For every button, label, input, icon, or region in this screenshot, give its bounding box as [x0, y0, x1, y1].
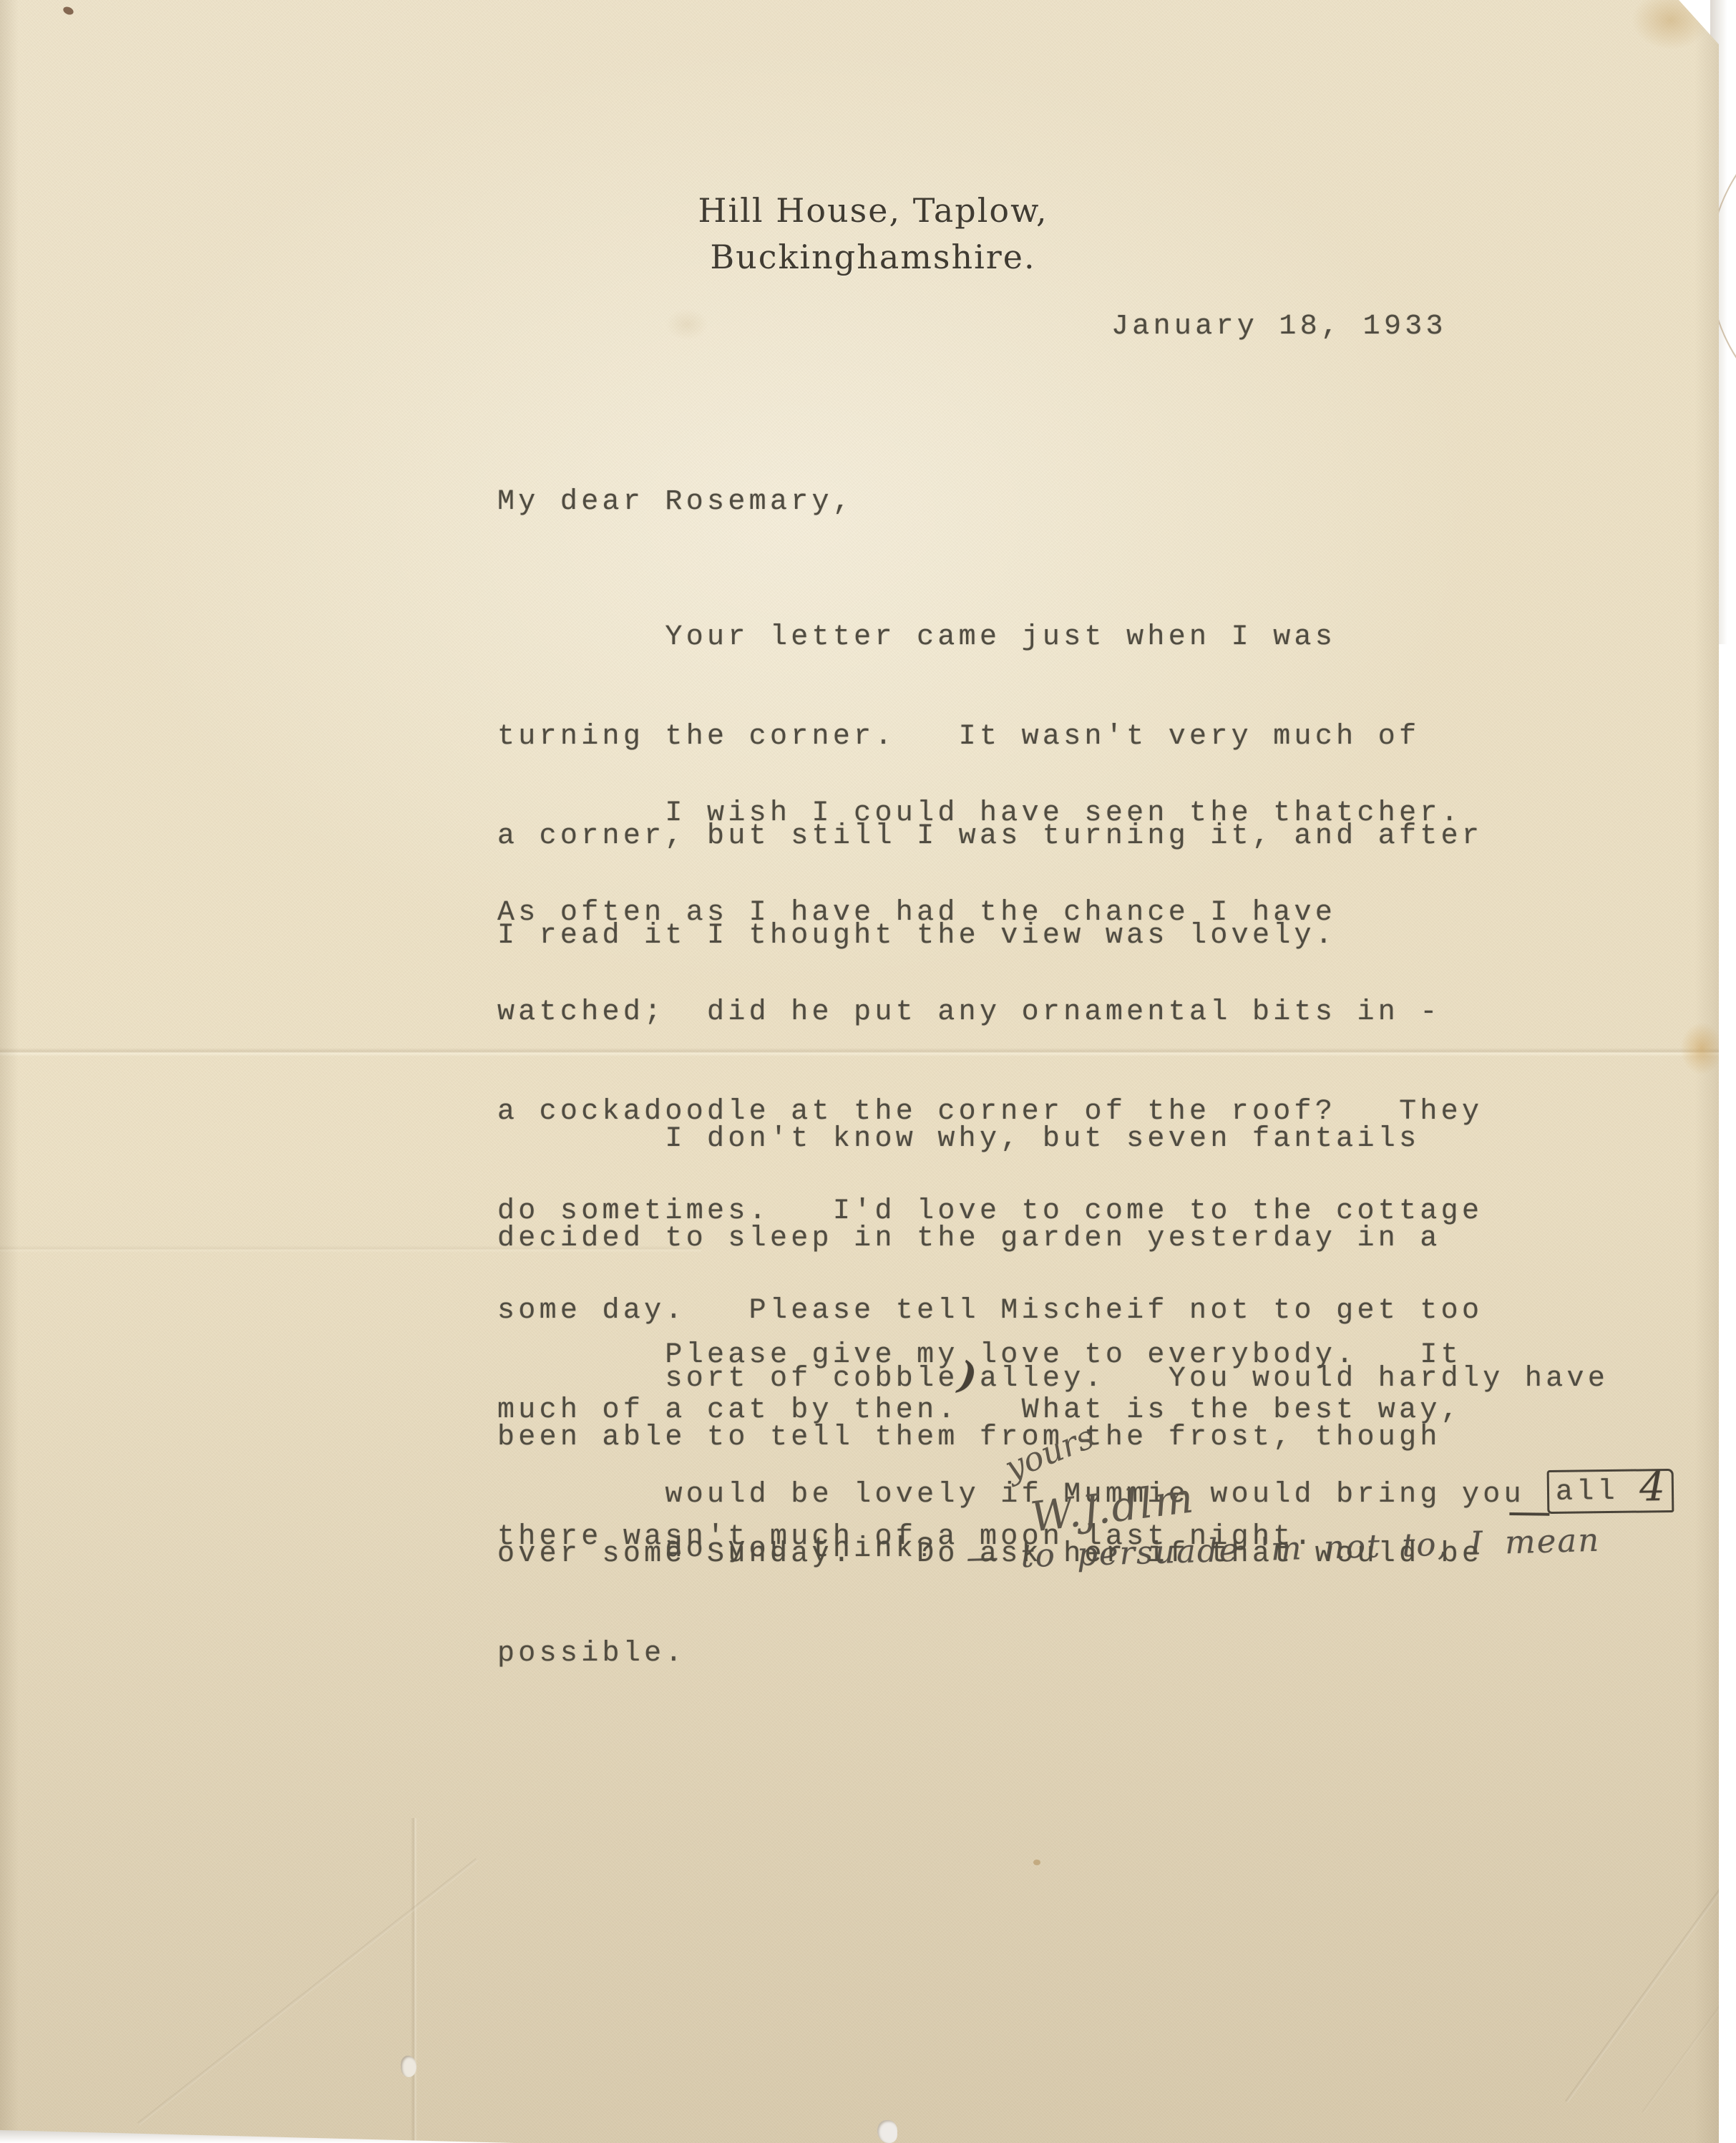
letterhead-address-line2: Buckinghamshire.	[594, 234, 1152, 281]
body-line: decided to sleep in the garden yesterday…	[497, 1221, 1609, 1256]
crease-vertical-bottom	[411, 1818, 417, 2143]
handwritten-four: 4	[1639, 1473, 1665, 1502]
body-line: watched; did he put any ornamental bits …	[497, 995, 1600, 1030]
body-line: Please give my love to everybody. It	[497, 1338, 1674, 1373]
letterhead-address-line1: Hill House, Taplow,	[594, 188, 1152, 234]
letterhead: Hill House, Taplow, Buckinghamshire.	[594, 188, 1152, 281]
hand-drawn-box: all 4	[1547, 1469, 1674, 1514]
body-line: Your letter came just when I was	[497, 620, 1483, 655]
paper-tear-bottom-center	[877, 2120, 897, 2143]
stain-top-right	[1632, 0, 1710, 50]
speck-bottom	[1033, 1860, 1040, 1865]
body-line: I wish I could have seen the thatcher.	[497, 796, 1600, 831]
body-line: As often as I have had the chance I have	[497, 895, 1600, 930]
body-line: possible.	[497, 1636, 1674, 1671]
ink-speck-top-left	[62, 5, 75, 16]
paper-chip-bottom-left	[401, 2056, 416, 2077]
letter-paper: Hill House, Taplow, Buckinghamshire. Jan…	[0, 0, 1719, 2143]
date-line: January 18, 1933	[1111, 311, 1447, 343]
typed-all: all	[1556, 1476, 1640, 1509]
crease-diagonal-bottom-right	[1565, 1823, 1736, 2103]
scanner-background: Hill House, Taplow, Buckinghamshire. Jan…	[0, 0, 1736, 2143]
crease-diagonal-bottom-left	[137, 1858, 478, 2125]
salutation: My dear Rosemary,	[497, 486, 854, 518]
body-line: I don't know why, but seven fantails	[497, 1122, 1609, 1157]
crease-diagonal-bottom-right-2	[1642, 1926, 1736, 2113]
body-line: over some Sunday. Do ask her if that wou…	[497, 1537, 1674, 1572]
stain-right-edge	[1680, 1022, 1723, 1075]
stain-faint-center	[665, 308, 708, 341]
